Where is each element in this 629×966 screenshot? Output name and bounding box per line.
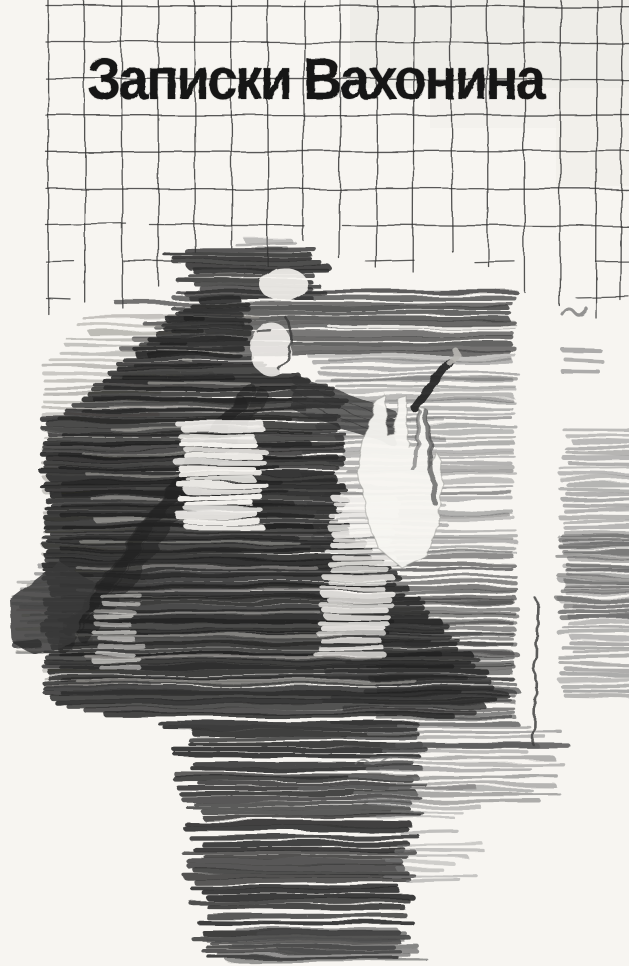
- book-cover-page: Записки Вахонина: [0, 0, 629, 966]
- page-title: Записки Вахонина: [23, 51, 608, 109]
- cover-illustration: [10, 240, 629, 960]
- cover-art: [0, 0, 629, 966]
